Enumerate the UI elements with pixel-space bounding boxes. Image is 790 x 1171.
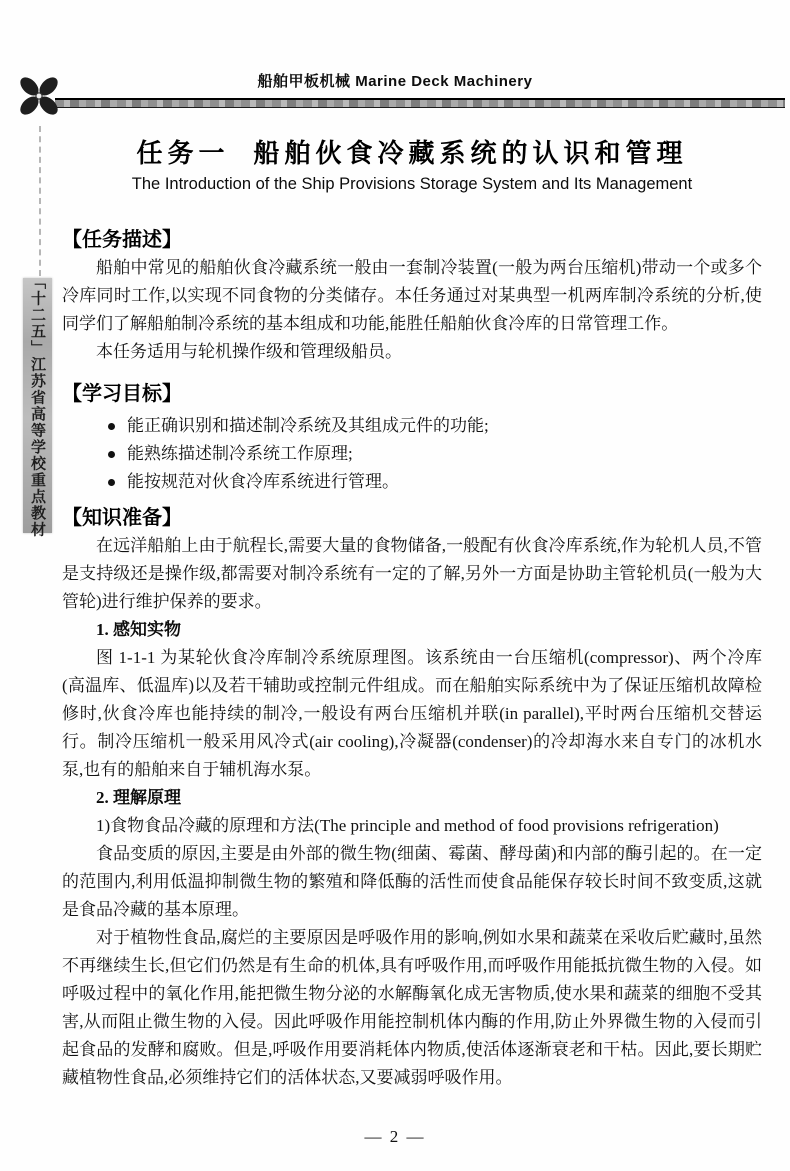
bullet-icon xyxy=(108,479,115,486)
series-banner: 「十二五」江苏省高等学校重点教材 xyxy=(23,278,52,533)
task-title-text: 船舶伙食冷藏系统的认识和管理 xyxy=(254,138,688,168)
learning-goals-list: 能正确识别和描述制冷系统及其组成元件的功能; 能熟练描述制冷系统工作原理; 能按… xyxy=(62,412,762,496)
list-item-text: 能按规范对伙食冷库系统进行管理。 xyxy=(127,472,399,491)
margin-dashed-line xyxy=(39,126,41,276)
header-rule xyxy=(55,98,785,108)
list-item: 能熟练描述制冷系统工作原理; xyxy=(108,440,762,468)
main-content: 任务一船舶伙食冷藏系统的认识和管理 The Introduction of th… xyxy=(62,136,762,1092)
bullet-icon xyxy=(108,451,115,458)
propeller-icon xyxy=(14,71,64,121)
paragraph: 本任务适用与轮机操作级和管理级船员。 xyxy=(62,338,762,366)
paragraph: 对于植物性食品,腐烂的主要原因是呼吸作用的影响,例如水果和蔬菜在采收后贮藏时,虽… xyxy=(62,924,762,1092)
list-item: 能按规范对伙食冷库系统进行管理。 xyxy=(108,468,762,496)
section-heading-knowledge-preparation: 【知识准备】 xyxy=(62,504,762,532)
subsection-heading-perceive-objects: 1. 感知实物 xyxy=(62,616,762,644)
page-title: 任务一船舶伙食冷藏系统的认识和管理 xyxy=(62,136,762,170)
paragraph: 船舶中常见的船舶伙食冷藏系统一般由一套制冷装置(一般为两台压缩机)带动一个或多个… xyxy=(62,254,762,338)
paragraph: 在远洋船舶上由于航程长,需要大量的食物储备,一般配有伙食冷库系统,作为轮机人员,… xyxy=(62,532,762,616)
section-heading-task-description: 【任务描述】 xyxy=(62,226,762,254)
list-item-text: 能正确识别和描述制冷系统及其组成元件的功能; xyxy=(127,416,489,435)
series-banner-label: 「十二五」江苏省高等学校重点教材 xyxy=(27,274,48,538)
bullet-icon xyxy=(108,423,115,430)
subsection-heading-understand-principle: 2. 理解原理 xyxy=(62,784,762,812)
list-item-text: 能熟练描述制冷系统工作原理; xyxy=(127,444,353,463)
list-item: 能正确识别和描述制冷系统及其组成元件的功能; xyxy=(108,412,762,440)
paragraph: 食品变质的原因,主要是由外部的微生物(细菌、霉菌、酵母菌)和内部的酶引起的。在一… xyxy=(62,840,762,924)
book-page: 船舶甲板机械 Marine Deck Machinery 「十二五」江苏省高等学… xyxy=(0,0,790,1171)
paragraph: 图 1-1-1 为某轮伙食冷库制冷系统原理图。该系统由一台压缩机(compres… xyxy=(62,644,762,784)
task-number-label: 任务一 xyxy=(136,138,229,168)
numbered-line: 1)食物食品冷藏的原理和方法(The principle and method … xyxy=(62,812,762,840)
page-subtitle-english: The Introduction of the Ship Provisions … xyxy=(62,172,762,196)
running-head: 船舶甲板机械 Marine Deck Machinery xyxy=(0,70,790,91)
section-heading-learning-goals: 【学习目标】 xyxy=(62,380,762,408)
page-number: — 2 — xyxy=(0,1127,790,1147)
